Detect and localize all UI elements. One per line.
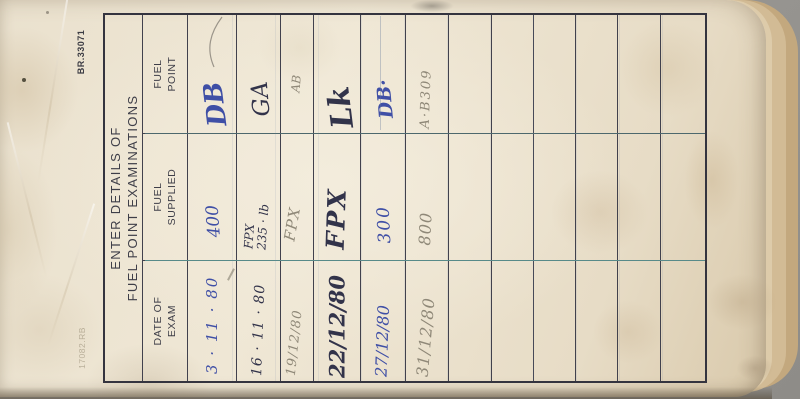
ink-speck [22,78,26,82]
fuel-supplied-cell-2: FPX 235 · lb [237,134,281,261]
bleedthrough-text: 17082.RB [77,316,87,380]
ink-speck [46,11,49,14]
signature: A·B309 [418,17,437,130]
fuel-point-cell-2: GA [237,15,281,134]
fuel-point-label: FUEL POINT [151,18,179,131]
table-title-strip: ENTER DETAILS OF FUEL POINT EXAMINATIONS [105,15,143,381]
fuel-supplied-cell-6: 800 [406,134,449,261]
date-cell-12 [661,261,705,381]
fuel-point-cell-6: A·B309 [406,15,449,134]
fuel-supplied-cell-10 [576,134,618,261]
date-cell-5: 27/12/80 [361,261,406,381]
date-cell-7 [449,261,492,381]
date-cell-2: 16 · 11 · 80 [237,261,281,381]
fuel-supplied-cell-1: 400 [188,134,237,261]
table-grid: FUEL POINT DB GA AB Lk DB· A·B309 FUEL S… [143,15,705,381]
handwritten-date: 27/12/80 [371,263,394,380]
date-cell-10 [576,261,618,381]
fuel-supplied-cell-3: FPX [281,134,314,261]
fuel-point-cell-9 [534,15,576,134]
row-header-fuel-supplied: FUEL SUPPLIED [143,134,188,261]
row-header-date: DATE OF EXAM [143,261,188,381]
date-cell-6: 31/12/80 [406,261,449,381]
bleedthrough-line [380,16,381,130]
fuel-supplied-cell-12 [661,134,705,261]
form-number-block: BR.33071 [74,20,88,84]
row-header-fuel-point: FUEL POINT [143,15,188,134]
bleedthrough-block: 17082.RB [76,316,88,380]
scanned-logbook-photo: BR.33071 17082.RB ENTER DETAILS OF FUEL … [0,0,800,399]
fuel-point-cell-12 [661,15,705,134]
fuel-supplied-label: FUEL SUPPLIED [151,137,179,258]
fuel-supplied-cell-11 [618,134,661,261]
signature: AB [285,17,309,131]
fuel-supplied-cell-5: 300 [361,134,406,261]
date-cell-8 [492,261,534,381]
fuel-point-cell-3: AB [281,15,314,134]
fuel-point-cell-11 [618,15,661,134]
handwritten-quantity: FPX [278,136,317,258]
handwritten-quantity: 300 [370,136,396,258]
handwritten-date: 19/12/80 [283,263,310,380]
fuel-point-cell-10 [576,15,618,134]
signature: DB· [367,17,399,131]
handwritten-quantity: 400 [198,136,226,258]
handwritten-date: 16 · 11 · 80 [248,263,268,379]
fuel-exam-table: ENTER DETAILS OF FUEL POINT EXAMINATIONS… [103,13,707,383]
date-cell-9 [534,261,576,381]
date-cell-4: 22/12/80 [314,261,361,381]
handwritten-date: 22/12/80 [325,263,350,379]
signature: Lk [313,16,362,132]
handwritten-quantity: FPX [320,136,353,258]
handwritten-date: 3 · 11 · 80 [203,263,221,379]
handwritten-date: 31/12/80 [412,262,441,379]
signature: GA [241,17,277,132]
handwritten-quantity: FPX 235 · lb [241,136,275,259]
stray-pencil-curve [200,15,226,69]
form-number: BR.33071 [76,20,86,84]
fuel-point-cell-8 [492,15,534,134]
date-cell-3: 19/12/80 [281,261,314,381]
fuel-point-cell-7 [449,15,492,134]
fuel-supplied-cell-4: FPX [314,134,361,261]
table-title: ENTER DETAILS OF FUEL POINT EXAMINATIONS [107,19,141,377]
handwritten-quantity: 800 [414,136,439,258]
fuel-supplied-cell-8 [492,134,534,261]
fuel-supplied-cell-7 [449,134,492,261]
date-label: DATE OF EXAM [151,263,179,379]
fuel-point-cell-5: DB· [361,15,406,134]
date-cell-11 [618,261,661,381]
fuel-point-cell-4: Lk [314,15,361,134]
fuel-supplied-cell-9 [534,134,576,261]
